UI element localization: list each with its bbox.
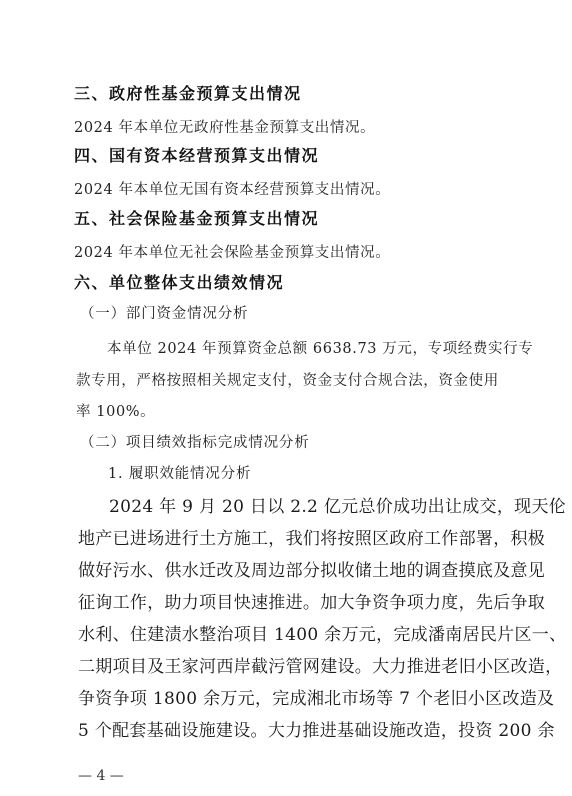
subsection-title-1: （一）部门资金情况分析 (80, 302, 248, 323)
paragraph-line: 5 个配套基础设施建设。大力推进基础设施改造，投资 200 余 (78, 716, 555, 741)
paragraph-line: 做好污水、供水迁改及周边部分拟收储土地的调查摸底及意见 (78, 556, 545, 581)
section-heading-4: 四、国有资本经营预算支出情况 (74, 143, 319, 166)
section-heading-3: 三、政府性基金预算支出情况 (74, 81, 302, 104)
paragraph-line: 争资争项 1800 余万元，完成湘北市场等 7 个老旧小区改造及 (78, 684, 554, 709)
subsection-title-2: （二）项目绩效指标完成情况分析 (80, 431, 310, 452)
paragraph-line: 二期项目及王家河西岸截污管网建设。大力推进老旧小区改造， (78, 652, 562, 677)
paragraph-line: 2024 年 9 月 20 日以 2.2 亿元总价成功出让成交，现天伦 (109, 492, 566, 517)
section-heading-6: 六、单位整体支出绩效情况 (74, 270, 284, 293)
section-text-5: 2024 年本单位无社会保险基金预算支出情况。 (74, 241, 390, 262)
section-text-3: 2024 年本单位无政府性基金预算支出情况。 (74, 116, 375, 137)
section-heading-5: 五、社会保险基金预算支出情况 (74, 206, 319, 229)
document-page: 三、政府性基金预算支出情况 2024 年本单位无政府性基金预算支出情况。 四、国… (0, 0, 572, 796)
paragraph-line: 率 100%。 (76, 400, 155, 421)
item-title: 1. 履职效能情况分析 (108, 462, 251, 483)
paragraph-line: 征询工作，助力项目快速推进。加大争资争项力度，先后争取 (78, 588, 545, 613)
paragraph-line: 地产已进场进行土方施工，我们将按照区政府工作部署，积极 (78, 524, 545, 549)
paragraph-line: 本单位 2024 年预算资金总额 6638.73 万元，专项经费实行专 (107, 337, 533, 358)
section-text-4: 2024 年本单位无国有资本经营预算支出情况。 (74, 178, 390, 199)
page-number: — 4 — (78, 768, 124, 784)
paragraph-line: 款专用，严格按照相关规定支付，资金支付合规合法，资金使用 (76, 369, 499, 390)
paragraph-line: 水利、住建渍水整治项目 1400 余万元，完成潘南居民片区一、 (78, 620, 566, 645)
